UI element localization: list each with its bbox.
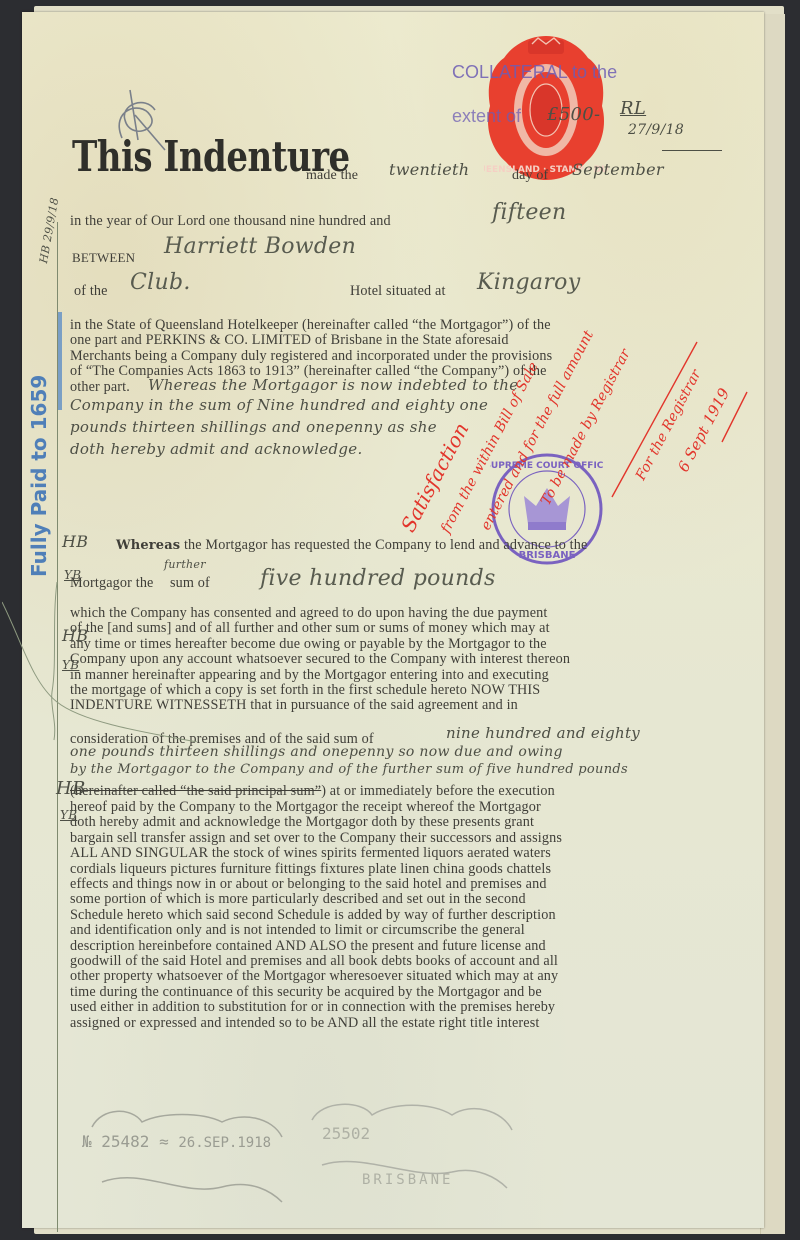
of-the-label: of the: [74, 284, 108, 299]
consideration-line4: (hereinafter called “the said principal …: [70, 784, 555, 799]
registration-stamp-right-icon: [302, 1090, 522, 1200]
made-the-label: made the: [306, 168, 358, 183]
whereas-indebted-line2: Company in the sum of Nine hundred and e…: [70, 396, 488, 414]
binding-string-icon: [2, 582, 202, 742]
struck-principal-sum: (hereinafter called “the said principal …: [70, 783, 321, 799]
red-strike-lines-icon: [602, 322, 762, 502]
mortgagor-name-field: Harriett Bowden: [164, 234, 356, 259]
red-annotation-satisfaction: Satisfaction: [396, 419, 474, 536]
whereas-request-line1: Whereas the Mortgagor has requested the …: [116, 538, 587, 553]
whereas-lead: Whereas: [116, 538, 180, 553]
month-field: September: [572, 160, 664, 179]
whereas-indebted-line4: doth hereby admit and acknowledge.: [70, 440, 363, 458]
day-of-label: day of: [512, 168, 548, 183]
whereas-indebted-line1: Whereas the Mortgagor is now indebted to…: [148, 376, 518, 394]
collateral-date: 27/9/18: [628, 122, 684, 138]
margin-initials-1: HB: [62, 532, 88, 551]
between-label: BETWEEN: [72, 250, 135, 265]
consideration-hand-line2: one pounds thirteen shillings and onepen…: [70, 744, 563, 760]
indenture-page: QUEENSLAND · STAMP · DUTY COLLATERAL to …: [22, 12, 764, 1228]
location-field: Kingaroy: [477, 270, 580, 295]
grant-paragraph: hereof paid by the Company to the Mortga…: [70, 800, 682, 1031]
collateral-initials: RL: [620, 98, 646, 119]
hotel-situated-label: Hotel situated at: [350, 284, 446, 299]
advance-sum-field: five hundred pounds: [260, 566, 496, 591]
insertion-further: further: [164, 558, 206, 571]
margin-initials-5: HB: [56, 778, 86, 799]
year-field: fifteen: [492, 200, 566, 225]
whereas-indebted-line3: pounds thirteen shillings and onepenny a…: [70, 418, 437, 436]
day-field: twentieth: [389, 160, 469, 179]
collateral-underline: [662, 150, 722, 151]
blue-pencil-bar: [58, 312, 62, 410]
year-label: in the year of Our Lord one thousand nin…: [70, 214, 391, 229]
collateral-stamp-line2: extent of: [452, 106, 521, 127]
hotel-name-field: Club.: [130, 270, 191, 295]
collateral-amount: £500-: [547, 104, 600, 125]
margin-initials-6: YB: [60, 808, 77, 822]
consideration-hand-line3: by the Mortgagor to the Company and of t…: [70, 762, 628, 777]
consideration-sum-hand: nine hundred and eighty: [446, 724, 640, 742]
fully-paid-margin-note: Fully Paid to 1659: [27, 375, 51, 577]
collateral-stamp-line1: COLLATERAL to the: [452, 62, 617, 83]
margin-initials-2: YB: [64, 568, 81, 582]
registration-stamp-left-icon: [82, 1097, 302, 1207]
